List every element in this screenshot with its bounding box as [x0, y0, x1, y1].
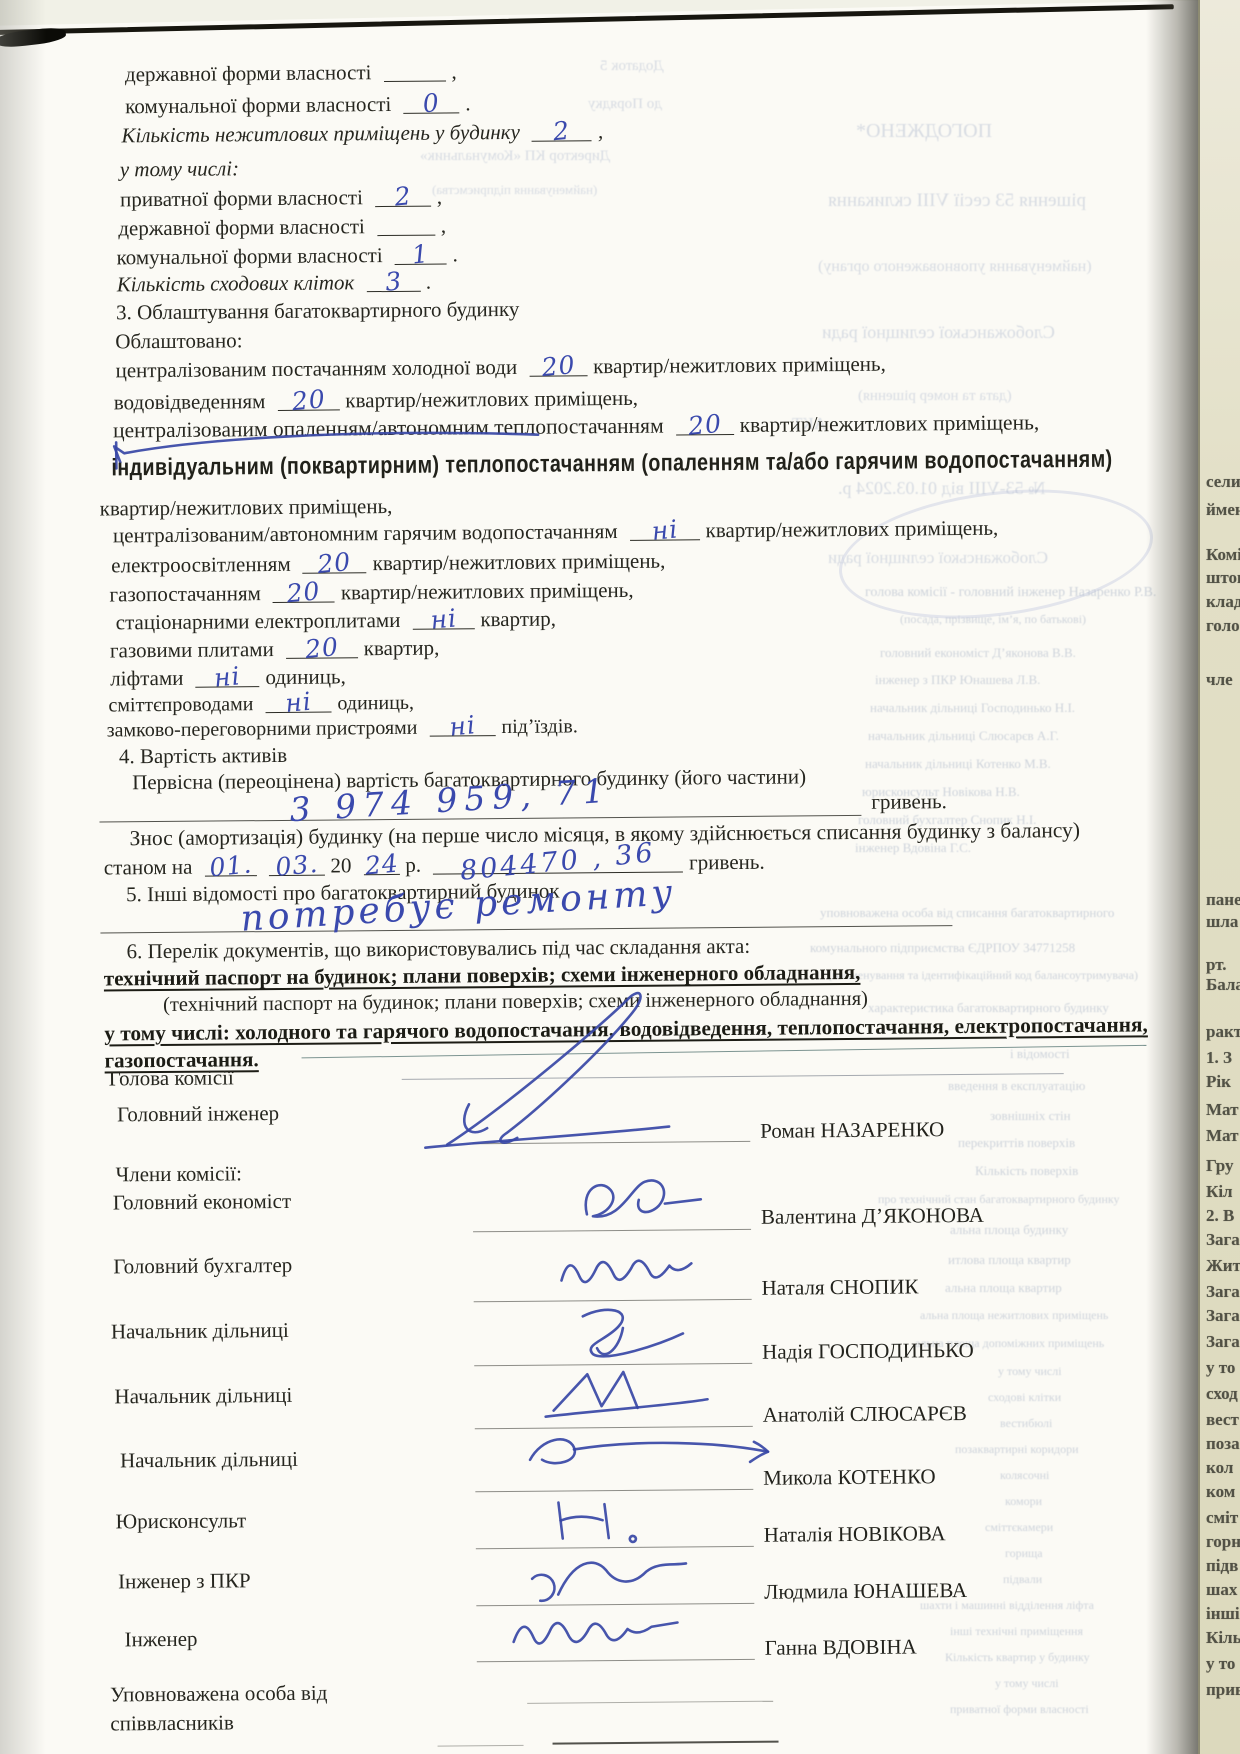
next-page-text-fragment: 2. В [1206, 1206, 1234, 1226]
next-page-text-fragment: поза [1206, 1434, 1240, 1454]
initial-value-handwritten: 3 974 959, 71 [289, 779, 617, 821]
staircases-line: Кількість сходових кліток3. [117, 270, 438, 298]
name-novikova: Наталія НОВІКОВА [764, 1521, 946, 1548]
equip-gas-stoves: газовими плитами20квартир, [110, 636, 446, 664]
name-yunasheva: Людмила ЮНАШЕВА [764, 1578, 967, 1605]
next-page-text-fragment: Балан [1206, 975, 1240, 995]
equip-lighting: електроосвітленням20квартир/нежитлових п… [111, 549, 671, 579]
equip-elevators: ліфтаминіодиниць, [110, 664, 352, 691]
next-page-text-fragment: Гру [1206, 1156, 1233, 1176]
label: державної форми власності [125, 60, 372, 86]
signature-sliusariev [539, 1361, 715, 1427]
position-legal-counsel: Юрисконсульт [115, 1508, 252, 1534]
authorized-line-2 [553, 1741, 779, 1745]
next-page-text-fragment: Жит [1206, 1256, 1240, 1276]
document-content: державної форми власності, комунальної ф… [0, 0, 1240, 1754]
section5-handwritten: потребує ремонту [240, 883, 683, 928]
name-dyakonova: Валентина Д’ЯКОНОВА [761, 1203, 984, 1230]
next-page-text-fragment: шток [1206, 568, 1240, 588]
next-page-text-fragment: голо [1206, 616, 1240, 636]
incl-state-line: державної форми власності, [118, 213, 452, 241]
next-page-text-fragment: сели [1206, 472, 1240, 492]
next-page-text-fragment: горн [1206, 1532, 1240, 1552]
position-chief-economist: Головний економіст [113, 1189, 298, 1216]
signature-dyakonova [573, 1169, 714, 1230]
signature-snopyk [553, 1239, 703, 1295]
next-page-text-fragment: чле [1206, 670, 1233, 690]
next-page-text-fragment: у то [1206, 1358, 1235, 1378]
signature-hospodynko [549, 1299, 695, 1362]
next-page-text-fragment: кол [1206, 1458, 1233, 1478]
equipped-label: Облаштовано: [115, 328, 248, 354]
section6-title: 6. Перелік документів, що використовувал… [126, 934, 756, 964]
next-page-text-fragment: Кіль [1206, 1628, 1240, 1648]
including-label: у тому числі: [120, 156, 245, 182]
name-kotenko: Микола КОТЕНКО [763, 1464, 936, 1491]
name-vdovina: Ганна ВДОВІНА [765, 1634, 917, 1660]
next-page-text-fragment: ком [1206, 1482, 1235, 1502]
next-page-text-fragment: ймен [1206, 500, 1240, 520]
position-engineer-pkr: Інженер з ПКР [118, 1568, 257, 1594]
authorized-person-label-2: співвласників [110, 1710, 240, 1736]
incl-communal-line: комунальної форми власності1. [116, 242, 464, 270]
position-section-head-3: Начальник дільниці [120, 1447, 304, 1474]
signature-kotenko [510, 1424, 781, 1488]
next-page-text-fragment: прив [1206, 1680, 1240, 1700]
next-page-text-fragment: сміт [1206, 1508, 1238, 1528]
ownership-state-line: державної форми власності, [125, 59, 463, 87]
signature-line-9 [477, 1659, 755, 1662]
ownership-communal-line: комунальної форми власності0. [125, 91, 477, 119]
individual-heating-cont: квартир/нежитлових приміщень, [100, 494, 399, 522]
name-nazarenko: Роман НАЗАРЕНКО [760, 1117, 944, 1144]
next-page-text-fragment: Мат [1206, 1126, 1238, 1146]
authorized-person-label-1: Уповноважена особа від [110, 1681, 333, 1708]
next-page-text-fragment: рт. [1206, 955, 1227, 975]
section5-underline [100, 925, 952, 933]
next-page-text-fragment: Зага [1206, 1282, 1240, 1302]
next-page-text-fragment: ракт [1206, 1022, 1240, 1042]
signature-novikova [540, 1490, 661, 1551]
next-page-text-fragment: шла [1206, 912, 1238, 932]
next-page-text-fragment: Зага [1206, 1332, 1240, 1352]
next-page-text-fragment: Мат [1206, 1100, 1238, 1120]
next-page-text-fragment: Зага [1206, 1230, 1240, 1250]
position-chief-engineer: Головний інженер [117, 1101, 285, 1127]
equip-intercoms: замково-переговорними пристрояминіпід’їз… [107, 714, 584, 742]
next-page-text-fragment: вест [1206, 1410, 1239, 1430]
incl-private-line: приватної форми власності2, [120, 184, 448, 212]
position-section-head-1: Начальник дільниці [111, 1318, 295, 1345]
members-label: Члени комісії: [115, 1161, 248, 1187]
position-engineer: Інженер [125, 1627, 204, 1653]
next-page-text-fragment: пане [1206, 890, 1240, 910]
gutter-shadow [1146, 0, 1198, 1754]
signature-vdovina [501, 1604, 686, 1658]
position-section-head-2: Начальник дільниці [114, 1383, 298, 1410]
equip-garbage-chutes: сміттєпроводаминіодиниць, [108, 691, 420, 718]
hryven-label-1: гривень. [871, 789, 953, 815]
scanned-act-page: Додаток 5до ПорядкуПОГОДЖЕНО*Директор КП… [0, 0, 1240, 1754]
section3-title: 3. Облаштування багатоквартирного будинк… [116, 297, 526, 326]
next-page-text-fragment: Зага [1206, 1306, 1240, 1326]
section4-title: 4. Вартість активів [119, 743, 293, 770]
name-hospodynko: Надія ГОСПОДИНЬКО [762, 1338, 974, 1365]
nonresidential-count-line: Кількість нежитлових приміщень у будинку… [121, 119, 609, 148]
next-page-text-fragment: підв [1206, 1556, 1238, 1576]
next-page-text-fragment: у то [1206, 1654, 1235, 1674]
chair-label: Голова комісії [109, 1065, 240, 1091]
next-page-text-fragment: 1. З [1206, 1048, 1232, 1068]
name-sliusariev: Анатолій СЛЮСАРЄВ [763, 1401, 967, 1428]
signature-nazarenko [416, 984, 679, 1152]
authorized-line-1 [527, 1701, 773, 1704]
name-snopyk: Наталя СНОПИК [761, 1274, 918, 1300]
next-page-text-fragment: Кіл [1206, 1182, 1233, 1202]
next-page-text-fragment: Рік [1206, 1072, 1231, 1092]
next-page-text-fragment: сход [1206, 1384, 1238, 1404]
authorized-line-stub [438, 1745, 524, 1747]
equip-electric-stoves: стаціонарними електроплитаминіквартир, [116, 606, 562, 635]
equip-cold-water: централізованим постачанням холодної вод… [115, 352, 891, 384]
signature-yunasheva [516, 1549, 696, 1607]
next-page-text-fragment: Комі [1206, 545, 1240, 565]
next-page-text-fragment: інші [1206, 1604, 1240, 1624]
equip-gas: газопостачанням20квартир/нежитлових прим… [109, 578, 639, 608]
next-page-text-fragment: клад [1206, 592, 1240, 612]
next-page-text-fragment: шах [1206, 1580, 1237, 1600]
position-chief-accountant: Головний бухгалтер [113, 1253, 298, 1280]
equip-hot-water: централізованим/автономним гарячим водоп… [113, 516, 1004, 549]
equip-sewerage: водовідведенням20квартир/нежитлових прим… [114, 386, 644, 416]
